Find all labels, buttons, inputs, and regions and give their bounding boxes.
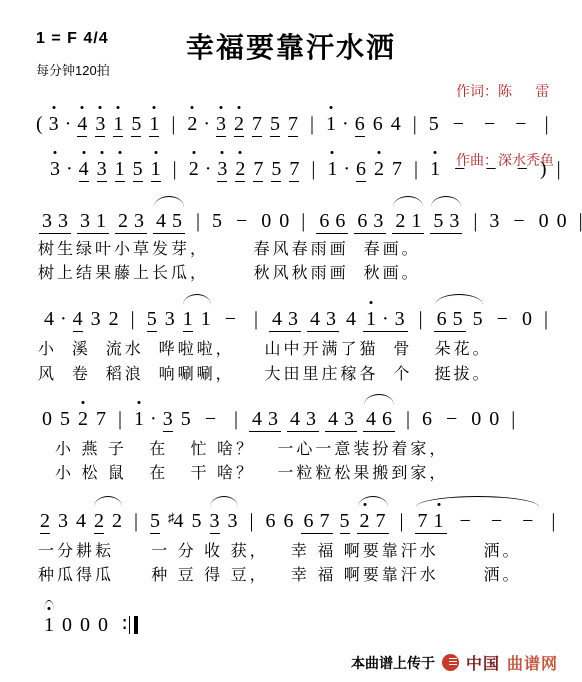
lyric-row: 一分耕耘 一 分 收 获， 幸 福 啊要靠汗水 洒。 xyxy=(38,538,521,561)
note: 7 xyxy=(392,158,402,181)
barline: | xyxy=(419,308,423,331)
note: 4 xyxy=(79,158,89,182)
held-beat-dash: − xyxy=(517,158,528,181)
duration-dot: · xyxy=(60,308,67,331)
note: 3 xyxy=(80,210,90,233)
barline: | xyxy=(196,210,200,233)
duration-dot: · xyxy=(382,308,389,331)
octave-dot xyxy=(82,401,85,404)
note: 2 xyxy=(78,408,88,431)
note: 1 xyxy=(134,408,144,431)
barline: | xyxy=(171,113,175,136)
note: 2 xyxy=(374,158,384,181)
slur-arc xyxy=(183,294,211,305)
note: 0 xyxy=(62,614,72,637)
slur-group: 46 xyxy=(360,408,398,432)
beam-group: 1·3 xyxy=(363,308,408,332)
lyric-row: 种瓜得瓜 种 豆 得 豆， 幸 福 啊要靠汗水 洒。 xyxy=(38,562,521,585)
beam-group: 71 xyxy=(415,510,447,534)
note: 6 xyxy=(319,210,329,233)
note: 2 xyxy=(187,113,197,136)
slur-group: 53 xyxy=(427,210,465,234)
barline: | xyxy=(545,113,549,136)
octave-dot xyxy=(238,106,241,109)
note: 1 xyxy=(149,113,159,137)
octave-dot xyxy=(117,106,120,109)
beam-group: 43 xyxy=(287,408,319,432)
note: 5 xyxy=(270,113,280,137)
note: 3 xyxy=(163,408,173,432)
lyricist-credit: 作词：陈 雷 xyxy=(456,80,554,103)
note: 4 xyxy=(272,308,282,331)
site-name: 中国 xyxy=(466,651,500,674)
beam-group: 23 xyxy=(115,210,147,234)
note: 0 xyxy=(471,408,481,431)
duration-dot: · xyxy=(203,113,210,136)
note: 6 xyxy=(304,510,314,533)
parenthesis: ( xyxy=(36,113,43,136)
octave-dot xyxy=(369,301,372,304)
note: 1 xyxy=(434,510,444,533)
note: 4 xyxy=(391,113,401,136)
note: 6 xyxy=(356,158,366,182)
note: 6 xyxy=(422,408,432,431)
note: 0 xyxy=(80,614,90,637)
note: 5 xyxy=(433,210,443,233)
duration-dot: · xyxy=(205,158,212,181)
note: 2 xyxy=(395,210,405,233)
duration-dot: · xyxy=(65,113,72,136)
slur-group: 21 xyxy=(389,210,427,234)
duration-dot: · xyxy=(343,158,350,181)
note: 0 xyxy=(42,408,52,431)
note: 0 xyxy=(98,614,108,637)
note: 5 xyxy=(133,158,143,182)
lyric-row: 小 燕 子 在 忙 啥？ 一心一意装扮着家， xyxy=(55,436,448,459)
held-beat-dash: − xyxy=(515,113,526,136)
slur-group: 45 xyxy=(150,210,188,234)
barline: | xyxy=(134,510,138,533)
music-line-6: 23422|5♯4533|6667527|71−−−| xyxy=(36,510,563,534)
held-beat-dash: − xyxy=(205,408,216,431)
slur-arc xyxy=(358,496,388,507)
note: 0 xyxy=(522,308,532,331)
note: 7 xyxy=(320,510,330,533)
note: 5 xyxy=(181,408,191,431)
note: 2 xyxy=(94,510,104,534)
slur-group: 655 xyxy=(431,308,487,332)
barline: | xyxy=(250,510,254,533)
note: 0 xyxy=(557,210,567,233)
beam-group: 67 xyxy=(301,510,333,534)
duration-dot: · xyxy=(66,158,73,181)
note: 5 xyxy=(212,210,222,233)
note: 4 xyxy=(366,408,376,431)
note: 4 xyxy=(44,308,54,331)
barline: | xyxy=(400,510,404,533)
octave-dot xyxy=(221,151,224,154)
lyric-row: 树生绿叶小草发芽， 春风春雨画 春画。 xyxy=(38,236,421,259)
octave-dot xyxy=(48,607,51,610)
music-line-2: 3·43151|2·32757|1·627|1−−−)| xyxy=(46,158,569,182)
barline: | xyxy=(234,408,238,431)
note: 6 xyxy=(382,408,392,431)
octave-dot xyxy=(82,151,85,154)
note: 3 xyxy=(216,113,226,137)
slur-arc xyxy=(364,394,394,405)
slur-group: 71−−− xyxy=(412,510,544,534)
note: 7 xyxy=(418,510,428,533)
octave-dot xyxy=(138,401,141,404)
note: 0 xyxy=(489,408,499,431)
held-beat-dash: − xyxy=(522,510,533,533)
barline: | xyxy=(406,408,410,431)
music-line-1: (3·43151|2·32757|1·664|5−−−| xyxy=(34,113,557,137)
slur-arc xyxy=(210,496,238,507)
octave-dot xyxy=(220,106,223,109)
barline: | xyxy=(511,408,515,431)
note: 3 xyxy=(97,158,107,182)
lyric-row: 风 卷 稻浪 响唰唰， 大田里庄稼各 个 挺拔。 xyxy=(38,361,492,384)
note: 6 xyxy=(284,510,294,533)
note: 5 xyxy=(340,510,350,534)
lyric-row: 小 溪 流水 哗啦啦， 山中开满了猫 骨 朵花。 xyxy=(38,336,492,359)
note: 6 xyxy=(373,113,383,136)
note: 7 xyxy=(96,408,106,431)
note: 3 xyxy=(306,408,316,431)
beam-group: 43 xyxy=(249,408,281,432)
music-line-5: 0527|1·35−|43434346|6−00| xyxy=(38,408,523,432)
note: 6 xyxy=(335,210,345,233)
octave-dot xyxy=(331,151,334,154)
barline: | xyxy=(557,158,561,181)
note: 3 xyxy=(288,308,298,331)
octave-dot xyxy=(239,151,242,154)
barline: | xyxy=(310,113,314,136)
octave-dot xyxy=(100,151,103,154)
beam-group: 66 xyxy=(316,210,348,234)
octave-dot xyxy=(118,151,121,154)
barline: | xyxy=(131,308,135,331)
note: 0 xyxy=(261,210,271,233)
barline: | xyxy=(473,210,477,233)
note: 7 xyxy=(253,158,263,182)
note: 4 xyxy=(73,308,83,332)
octave-dot xyxy=(378,151,381,154)
beam-group: 43 xyxy=(269,308,301,332)
note: 4 xyxy=(328,408,338,431)
slur-group: 1 xyxy=(40,614,58,637)
note: 5 xyxy=(271,158,281,182)
held-beat-dash: − xyxy=(491,510,502,533)
note: 5 xyxy=(192,510,202,533)
note: 5 xyxy=(150,510,160,534)
note: 2 xyxy=(109,308,119,331)
note: 5 xyxy=(429,113,439,136)
note: 7 xyxy=(376,510,386,533)
held-beat-dash: − xyxy=(454,158,465,181)
note: 1 xyxy=(430,158,440,181)
note: 1 xyxy=(115,158,125,182)
sheet-music-page: 1 = F 4/4 每分钟120拍 幸福要靠汗水洒 作词：陈 雷 作曲：深水秃鱼… xyxy=(0,0,582,682)
note: 5 xyxy=(131,113,141,137)
note: 3 xyxy=(217,158,227,182)
note: 4 xyxy=(77,113,87,137)
note: 5 xyxy=(473,308,483,331)
barline: | xyxy=(118,408,122,431)
note: 2 xyxy=(40,510,50,534)
slur-arc xyxy=(416,496,540,507)
note: 6 xyxy=(357,210,367,233)
site-logo-icon xyxy=(442,654,459,671)
barline: | xyxy=(301,210,305,233)
note: 3 xyxy=(134,210,144,233)
duration-dot: · xyxy=(342,113,349,136)
barline: | xyxy=(551,510,555,533)
note: 2 xyxy=(360,510,370,533)
slur-arc xyxy=(435,294,483,305)
beam-group: 21 xyxy=(392,210,424,234)
barline: | xyxy=(413,113,417,136)
beam-group: 43 xyxy=(307,308,339,332)
end-repeat-barline: ∶ xyxy=(122,614,138,637)
note: 3 xyxy=(268,408,278,431)
upload-note: 本曲谱上传于 xyxy=(351,653,435,673)
note: 3 xyxy=(373,210,383,233)
lyric-row: 小 松 鼠 在 干 啥？ 一粒粒松果搬到家， xyxy=(55,460,448,483)
beam-group: 43 xyxy=(325,408,357,432)
note: 4 xyxy=(252,408,262,431)
slur-group: 33 xyxy=(206,510,242,534)
note: 1 xyxy=(151,158,161,182)
beam-group: 45 xyxy=(153,210,185,234)
slur-group: 27 xyxy=(354,510,392,534)
note: 5 xyxy=(147,308,157,332)
duration-dot: · xyxy=(150,408,157,431)
held-beat-dash: − xyxy=(484,113,495,136)
octave-dot xyxy=(99,106,102,109)
held-beat-dash: − xyxy=(497,308,508,331)
octave-dot xyxy=(191,106,194,109)
note: 4 xyxy=(156,210,166,233)
beam-group: 63 xyxy=(354,210,386,234)
note: 2 xyxy=(189,158,199,181)
note: 3 xyxy=(489,210,499,233)
octave-dot xyxy=(437,503,440,506)
footer: 本曲谱上传于 中国 曲谱网 xyxy=(351,651,558,674)
slur-arc xyxy=(154,196,184,207)
lyric-row: 树上结果藤上长瓜， 秋风秋雨画 秋画。 xyxy=(38,260,421,283)
note: 5 xyxy=(453,308,463,331)
note: 3 xyxy=(228,510,238,533)
note: 1 xyxy=(327,158,337,181)
note: 3 xyxy=(91,308,101,331)
note: 3 xyxy=(95,113,105,137)
note: 3 xyxy=(42,210,52,233)
note: 3 xyxy=(50,158,60,181)
note: 1 xyxy=(366,308,376,331)
note: 7 xyxy=(252,113,262,137)
note: 1 xyxy=(44,614,54,637)
note: 6 xyxy=(437,308,447,331)
note: 3 xyxy=(58,210,68,233)
octave-dot xyxy=(363,503,366,506)
note: 3 xyxy=(326,308,336,331)
note: 2 xyxy=(118,210,128,233)
note: 4 xyxy=(174,510,184,533)
held-beat-dash: − xyxy=(453,113,464,136)
slur-group: 22 xyxy=(90,510,126,534)
note: 3 xyxy=(58,510,68,533)
note: 1 xyxy=(96,210,106,233)
beam-group: 65 xyxy=(434,308,466,332)
note: 3 xyxy=(165,308,175,331)
note: 7 xyxy=(288,113,298,137)
note: 2 xyxy=(112,510,122,533)
octave-dot xyxy=(153,106,156,109)
octave-dot xyxy=(434,151,437,154)
note: 5 xyxy=(60,408,70,431)
note: 3 xyxy=(449,210,459,233)
music-line-4: 4·432|5311−|434341·3|655−0| xyxy=(40,308,556,332)
octave-dot xyxy=(81,106,84,109)
note: 4 xyxy=(290,408,300,431)
note: 1 xyxy=(411,210,421,233)
slur-arc xyxy=(393,196,423,207)
octave-dot xyxy=(54,151,57,154)
octave-dot xyxy=(154,151,157,154)
note: 3 xyxy=(395,308,405,331)
octave-dot xyxy=(330,106,333,109)
note: 0 xyxy=(539,210,549,233)
beam-group: 53 xyxy=(430,210,462,234)
slur-arc xyxy=(94,496,122,507)
held-beat-dash: − xyxy=(460,510,471,533)
barline: | xyxy=(579,210,582,233)
note: 6 xyxy=(355,113,365,137)
note: 1 xyxy=(113,113,123,137)
note: 3 xyxy=(49,113,59,136)
held-beat-dash: − xyxy=(236,210,247,233)
beam-group: 31 xyxy=(77,210,109,234)
barline: | xyxy=(414,158,418,181)
note: 0 xyxy=(279,210,289,233)
note: 4 xyxy=(310,308,320,331)
note: 2 xyxy=(234,113,244,137)
note: 4 xyxy=(346,308,356,331)
music-line-7: 1000∶ xyxy=(40,614,142,637)
barline: | xyxy=(254,308,258,331)
held-beat-dash: − xyxy=(446,408,457,431)
note: 6 xyxy=(266,510,276,533)
note: 3 xyxy=(344,408,354,431)
slur-group: 11 xyxy=(179,308,215,332)
held-beat-dash: − xyxy=(225,308,236,331)
barline: | xyxy=(544,308,548,331)
music-line-3: 33312345|5−00|66632153|3−00| xyxy=(36,210,582,234)
site-name-suffix: 曲谱网 xyxy=(507,651,558,674)
barline: | xyxy=(311,158,315,181)
note: 1 xyxy=(183,308,193,332)
octave-dot xyxy=(192,151,195,154)
beam-group: 33 xyxy=(39,210,71,234)
held-beat-dash: − xyxy=(485,158,496,181)
octave-dot xyxy=(52,106,55,109)
note: 7 xyxy=(289,158,299,182)
parenthesis: ) xyxy=(540,158,547,181)
note: 5 xyxy=(172,210,182,233)
note: 3 xyxy=(210,510,220,534)
note: 1 xyxy=(326,113,336,136)
note: 2 xyxy=(235,158,245,182)
note: 1 xyxy=(201,308,211,331)
beam-group: 46 xyxy=(363,408,395,432)
barline: | xyxy=(173,158,177,181)
held-beat-dash: − xyxy=(513,210,524,233)
note: 4 xyxy=(76,510,86,533)
beam-group: 27 xyxy=(357,510,389,534)
